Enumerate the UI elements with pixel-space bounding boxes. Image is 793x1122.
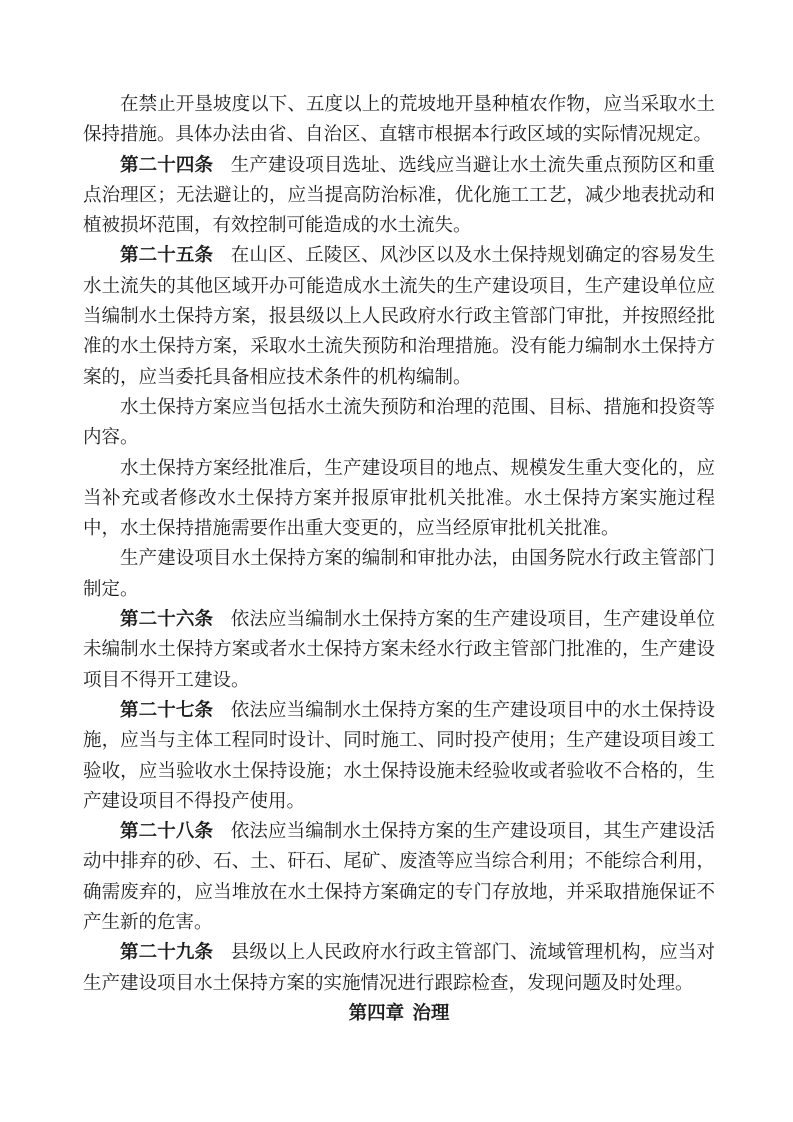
document-body: 在禁止开垦坡度以下、五度以上的荒坡地开垦种植农作物，应当采取水土保持措施。具体办…: [83, 90, 715, 999]
paragraph: 生产建设项目水土保持方案的编制和审批办法，由国务院水行政主管部门制定。: [83, 544, 715, 605]
paragraph: 第二十六条依法应当编制水土保持方案的生产建设项目，生产建设单位未编制水土保持方案…: [83, 605, 715, 696]
chapter-heading: 第四章治理: [83, 999, 715, 1029]
paragraph: 在禁止开垦坡度以下、五度以上的荒坡地开垦种植农作物，应当采取水土保持措施。具体办…: [83, 90, 715, 151]
paragraph-text: 生产建设项目水土保持方案的编制和审批办法，由国务院水行政主管部门制定。: [83, 549, 715, 599]
paragraph-text: 水土保持方案经批准后，生产建设项目的地点、规模发生重大变化的，应当补充或者修改水…: [83, 459, 715, 540]
chapter-number: 第四章: [349, 1004, 405, 1024]
paragraph: 水土保持方案经批准后，生产建设项目的地点、规模发生重大变化的，应当补充或者修改水…: [83, 454, 715, 545]
document-page: 在禁止开垦坡度以下、五度以上的荒坡地开垦种植农作物，应当采取水土保持措施。具体办…: [0, 0, 793, 1122]
article-number: 第二十四条: [120, 156, 213, 176]
article-number: 第二十六条: [120, 610, 213, 630]
article-number: 第二十九条: [120, 943, 213, 963]
paragraph: 第二十四条生产建设项目选址、选线应当避让水土流失重点预防区和重点治理区；无法避让…: [83, 151, 715, 242]
article-number: 第二十七条: [120, 701, 213, 721]
paragraph-text: 在禁止开垦坡度以下、五度以上的荒坡地开垦种植农作物，应当采取水土保持措施。具体办…: [83, 95, 715, 145]
paragraph: 第二十七条依法应当编制水土保持方案的生产建设项目中的水土保持设施，应当与主体工程…: [83, 696, 715, 817]
paragraph-text: 水土保持方案应当包括水土流失预防和治理的范围、目标、措施和投资等内容。: [83, 398, 715, 448]
article-number: 第二十五条: [120, 246, 213, 266]
paragraph: 水土保持方案应当包括水土流失预防和治理的范围、目标、措施和投资等内容。: [83, 393, 715, 454]
chapter-title: 治理: [412, 1004, 449, 1024]
paragraph-text: 在山区、丘陵区、风沙区以及水土保持规划确定的容易发生水土流失的其他区域开办可能造…: [83, 246, 715, 387]
article-number: 第二十八条: [120, 822, 213, 842]
paragraph: 第二十五条在山区、丘陵区、风沙区以及水土保持规划确定的容易发生水土流失的其他区域…: [83, 241, 715, 392]
paragraph: 第二十九条县级以上人民政府水行政主管部门、流域管理机构，应当对生产建设项目水土保…: [83, 938, 715, 999]
paragraph: 第二十八条依法应当编制水土保持方案的生产建设项目，其生产建设活动中排弃的砂、石、…: [83, 817, 715, 938]
